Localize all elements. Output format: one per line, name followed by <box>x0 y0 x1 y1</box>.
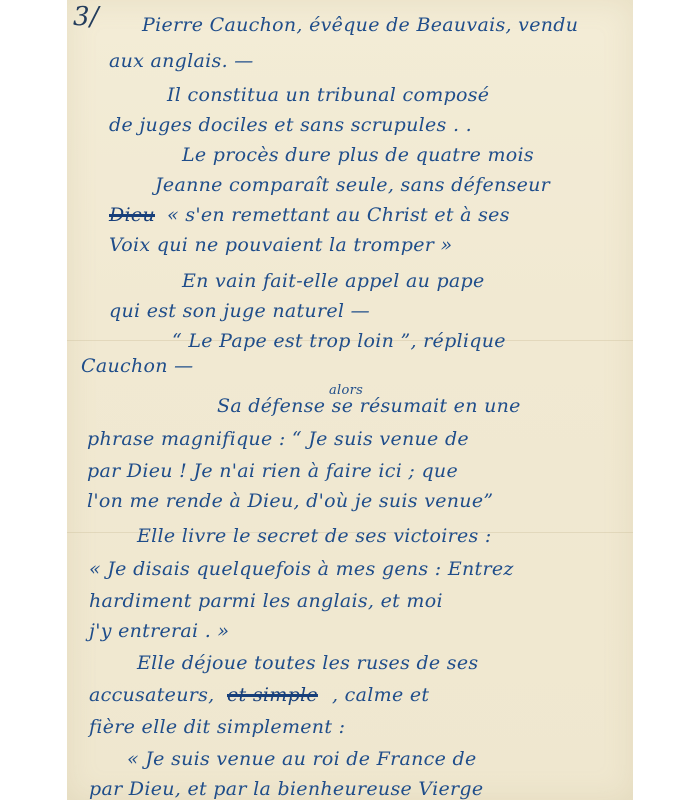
manuscript-line: de juges dociles et sans scrupules . . <box>109 114 472 136</box>
manuscript-line: aux anglais. — <box>109 50 254 72</box>
manuscript-line: j'y entrerai . » <box>89 620 229 642</box>
manuscript-line: Elle déjoue toutes les ruses de ses <box>137 652 478 674</box>
manuscript-line: qui est son juge naturel — <box>109 300 370 322</box>
manuscript-line: “ Le Pape est trop loin ”, réplique <box>172 330 506 352</box>
manuscript-line: Il constitua un tribunal composé <box>167 84 489 106</box>
manuscript-line: hardiment parmi les anglais, et moi <box>89 590 443 612</box>
manuscript-line: Cauchon — <box>81 355 193 377</box>
page-number: 3/ <box>73 2 99 32</box>
manuscript-line: l'on me rende à Dieu, d'où je suis venue… <box>87 490 493 512</box>
manuscript-line: accusateurs, <box>89 684 215 706</box>
manuscript-line: Sa défense se résumait en une <box>217 395 521 417</box>
manuscript-line: Elle livre le secret de ses victoires : <box>137 525 492 547</box>
struck-word: Dieu <box>109 204 155 226</box>
manuscript-line: « Je disais quelquefois à mes gens : Ent… <box>89 558 514 580</box>
manuscript-line: « s'en remettant au Christ et à ses <box>167 204 510 226</box>
manuscript-line: « Je suis venue au roi de France de <box>127 748 477 770</box>
manuscript-line: , calme et <box>332 684 429 706</box>
struck-word: et simple <box>227 684 318 706</box>
manuscript-line: par Dieu ! Je n'ai rien à faire ici ; qu… <box>87 460 458 482</box>
manuscript-line: fière elle dit simplement : <box>89 716 345 738</box>
manuscript-line: Jeanne comparaît seule, sans défenseur <box>155 174 550 196</box>
manuscript-line: Voix qui ne pouvaient la tromper » <box>109 234 452 256</box>
manuscript-line: par Dieu, et par la bienheureuse Vierge <box>89 778 483 800</box>
manuscript-line: phrase magnifique : “ Je suis venue de <box>87 428 469 450</box>
manuscript-page: 3/ Pierre Cauchon, évêque de Beauvais, v… <box>67 0 633 800</box>
manuscript-line: En vain fait-elle appel au pape <box>182 270 485 292</box>
manuscript-line: Pierre Cauchon, évêque de Beauvais, vend… <box>142 14 578 36</box>
manuscript-line: Le procès dure plus de quatre mois <box>182 144 534 166</box>
